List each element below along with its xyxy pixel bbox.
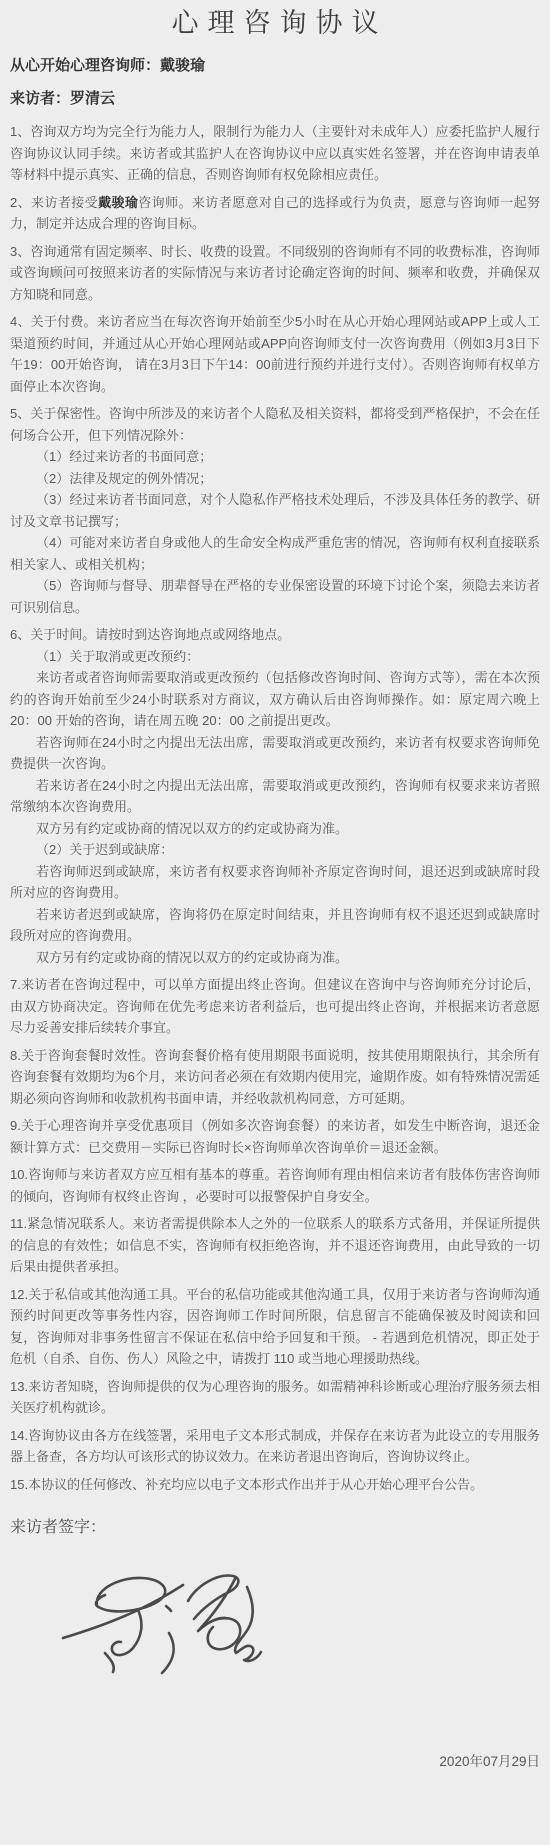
- clause-paragraph: 14.咨询协议由各方在线签署，采用电子文本形式制成，并保存在来访者为此设立的专用…: [10, 1425, 540, 1468]
- clause-paragraph: 双方另有约定或协商的情况以双方的约定或协商为准。: [10, 947, 540, 969]
- clause-paragraph: 双方另有约定或协商的情况以双方的约定或协商为准。: [10, 818, 540, 840]
- clause-paragraph: （2）法律及规定的例外情况；: [10, 468, 540, 490]
- visitor-label: 来访者：: [10, 90, 70, 107]
- clause-paragraph: （3）经过来访者书面同意，对个人隐私作严格技术处理后，不涉及具体任务的教学、研讨…: [10, 489, 540, 532]
- clause-paragraph: 若来访者迟到或缺席，咨询将仍在原定时间结束，并且咨询师有权不退还迟到或缺席时段所…: [10, 904, 540, 947]
- handwritten-signature-image: [50, 1565, 290, 1690]
- agreement-document: 心理咨询协议 从心开始心理咨询师：戴骏瑜 来访者：罗清云 1、咨询双方均为完全行…: [0, 0, 550, 1845]
- visitor-name: 罗清云: [70, 90, 115, 107]
- clause-paragraph: 若咨询师迟到或缺席，来访者有权要求咨询师补齐原定咨询时间，退还迟到或缺席时段所对…: [10, 861, 540, 904]
- visitor-line: 来访者：罗清云: [10, 88, 540, 109]
- clause-paragraph: 8.关于咨询套餐时效性。咨询套餐价格有使用期限书面说明，按其使用期限执行，其余所…: [10, 1045, 540, 1110]
- clause-paragraph: 若咨询师在24小时之内提出无法出席，需要取消或更改预约，来访者有权要求咨询师免费…: [10, 732, 540, 775]
- visitor-signature: [50, 1565, 290, 1690]
- clause-paragraph: （1）经过来访者的书面同意；: [10, 446, 540, 468]
- clauses: 1、咨询双方均为完全行为能力人，限制行为能力人（主要针对未成年人）应委托监护人履…: [10, 121, 540, 1495]
- signing-date: 2020年07月29日: [10, 1752, 540, 1771]
- clause-paragraph: 6、关于时间。请按时到达咨询地点或网络地点。: [10, 624, 540, 646]
- page-title: 心理咨询协议: [10, 8, 540, 38]
- clause-paragraph: 10.咨询师与来访者双方应互相有基本的尊重。若咨询师有理由相信来访者有肢体伤害咨…: [10, 1164, 540, 1207]
- signature-label: 来访者签字：: [10, 1517, 540, 1539]
- clause-paragraph: 来访者或者咨询师需要取消或更改预约（包括修改咨询时间、咨询方式等），需在本次预约…: [10, 667, 540, 732]
- clause-paragraph: 15.本协议的任何修改、补充均应以电子文本形式作出并于从心开始心理平台公告。: [10, 1474, 540, 1496]
- clause-paragraph: 13.来访者知晓，咨询师提供的仅为心理咨询的服务。如需精神科诊断或心理治疗服务须…: [10, 1376, 540, 1419]
- clause-paragraph: （4）可能对来访者自身或他人的生命安全构成严重危害的情况，咨询师有权利直接联系相…: [10, 532, 540, 575]
- counselor-line: 从心开始心理咨询师：戴骏瑜: [10, 55, 540, 76]
- clause-paragraph: （5）咨询师与督导、朋辈督导在严格的专业保密设置的环境下讨论个案，须隐去来访者可…: [10, 575, 540, 618]
- clause-paragraph: 11.紧急情况联系人。来访者需提供除本人之外的一位联系人的联系方式备用，并保证所…: [10, 1213, 540, 1278]
- clause-paragraph: （1）关于取消或更改预约：: [10, 646, 540, 668]
- clause-paragraph: 1、咨询双方均为完全行为能力人，限制行为能力人（主要针对未成年人）应委托监护人履…: [10, 121, 540, 186]
- clause-paragraph: 5、关于保密性。咨询中所涉及的来访者个人隐私及相关资料，都将受到严格保护，不会在…: [10, 403, 540, 446]
- clause-paragraph: 2、来访者接受戴骏瑜咨询师。来访者愿意对自己的选择或行为负责，愿意与咨询师一起努…: [10, 192, 540, 235]
- clause-paragraph: 7.来访者在咨询过程中，可以单方面提出终止咨询。但建议在咨询中与咨询师充分讨论后…: [10, 974, 540, 1039]
- clause-paragraph: 9.关于心理咨询并享受优惠项目（例如多次咨询套餐）的来访者，如发生中断咨询，退还…: [10, 1115, 540, 1158]
- counselor-name: 戴骏瑜: [160, 57, 205, 74]
- clause-paragraph: 若来访者在24小时之内提出无法出席，需要取消或更改预约，咨询师有权要求来访者照常…: [10, 775, 540, 818]
- counselor-label: 从心开始心理咨询师：: [10, 57, 160, 74]
- clause-paragraph: 3、咨询通常有固定频率、时长、收费的设置。不同级别的咨询师有不同的收费标准，咨询…: [10, 241, 540, 306]
- clause-paragraph: （2）关于迟到或缺席：: [10, 839, 540, 861]
- clause-paragraph: 4、关于付费。来访者应当在每次咨询开始前至少5小时在从心开始心理网站或APP上或…: [10, 311, 540, 397]
- clause-paragraph: 12.关于私信或其他沟通工具。平台的私信功能或其他沟通工具，仅用于来访者与咨询师…: [10, 1284, 540, 1370]
